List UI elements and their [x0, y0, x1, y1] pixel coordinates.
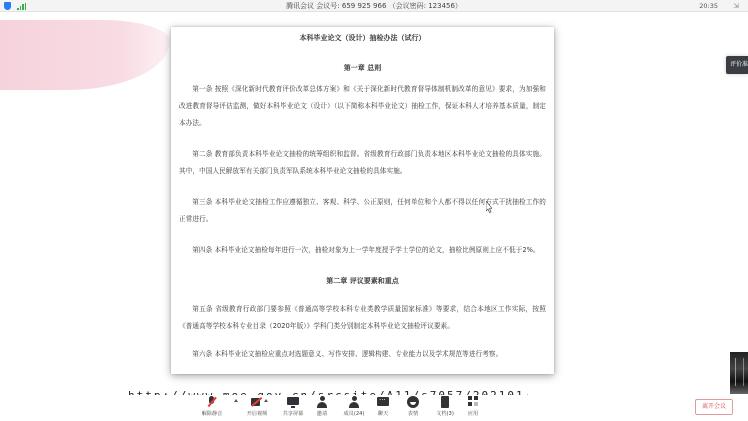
apps-label: 应用	[468, 410, 478, 417]
meeting-title: 腾讯会议 会议号: 659 925 966 （会议密码: 123456）	[0, 0, 748, 12]
muted-mic-icon	[206, 396, 218, 408]
unmute-label: 解除静音	[202, 410, 223, 417]
document-icon	[439, 396, 451, 408]
chat-icon	[377, 396, 389, 408]
invite-button[interactable]: 邀请	[307, 395, 337, 421]
share-screen-icon	[287, 396, 299, 408]
share-screen-label: 共享屏幕	[283, 410, 304, 417]
members-icon	[348, 396, 360, 408]
meeting-time: 20:35	[699, 0, 718, 12]
emoji-icon	[407, 396, 419, 408]
unmute-button[interactable]: 解除静音	[197, 395, 227, 421]
invite-icon	[316, 396, 328, 408]
start-video-label: 开启视频	[247, 410, 268, 417]
chapter-heading-2: 第二章 评议要素和重点	[179, 273, 546, 290]
chat-button[interactable]: 聊天	[368, 395, 398, 421]
documents-button[interactable]: 文档(3)	[430, 395, 460, 421]
calligraphy-thumbnail	[730, 352, 748, 394]
article-6: 第六条 本科毕业论文抽检应重点对选题意义、写作安排、逻辑构建、专业能力以及学术规…	[179, 346, 546, 363]
article-2: 第二条 教育部负责本科毕业论文抽检的统筹组织和监督。省级教育行政部门负责本地区本…	[179, 146, 546, 180]
emoji-label: 表情	[408, 410, 418, 417]
text-cursor-icon	[486, 201, 492, 213]
meeting-titlebar: 腾讯会议 会议号: 659 925 966 （会议密码: 123456） 20:…	[0, 0, 748, 12]
leave-meeting-button[interactable]: 离开会议	[695, 399, 733, 415]
audio-options-caret-icon[interactable]	[234, 399, 238, 402]
emoji-button[interactable]: 表情	[398, 395, 428, 421]
chat-label: 聊天	[378, 410, 388, 417]
article-4: 第四条 本科毕业论文抽检每年进行一次，抽检对象为上一学年度授予学士学位的论文，抽…	[179, 242, 546, 259]
apps-icon	[467, 396, 479, 408]
pink-brush-decoration	[0, 20, 170, 90]
documents-label: 文档(3)	[436, 410, 454, 417]
share-screen-button[interactable]: 共享屏幕	[278, 395, 308, 421]
article-1: 第一条 按照《深化新时代教育评价改革总体方案》和《关于深化新时代教育督导体制机制…	[179, 81, 546, 132]
video-options-caret-icon[interactable]	[264, 399, 268, 402]
document-page: 本科毕业论文（设计）抽检办法（试行） 第一章 总则 第一条 按照《深化新时代教育…	[171, 27, 554, 374]
article-5: 第五条 省级教育行政部门要参照《普通高等学校本科专业类教学质量国家标准》等要求，…	[179, 301, 546, 335]
document-title: 本科毕业论文（设计）抽检办法（试行）	[179, 30, 546, 47]
side-floating-tab[interactable]: 评价准	[726, 56, 748, 74]
fullscreen-icon[interactable]: ⇲	[732, 2, 740, 10]
chapter-heading-1: 第一章 总则	[179, 60, 546, 77]
video-off-icon	[251, 396, 263, 408]
members-label: 成员(24)	[343, 410, 364, 417]
meeting-toolbar: 解除静音 开启视频 共享屏幕 邀请 成员(24) 聊天 表情 文档(3) 应用	[0, 395, 748, 421]
invite-label: 邀请	[317, 410, 327, 417]
apps-button[interactable]: 应用	[458, 395, 488, 421]
members-button[interactable]: 成员(24)	[339, 395, 369, 421]
